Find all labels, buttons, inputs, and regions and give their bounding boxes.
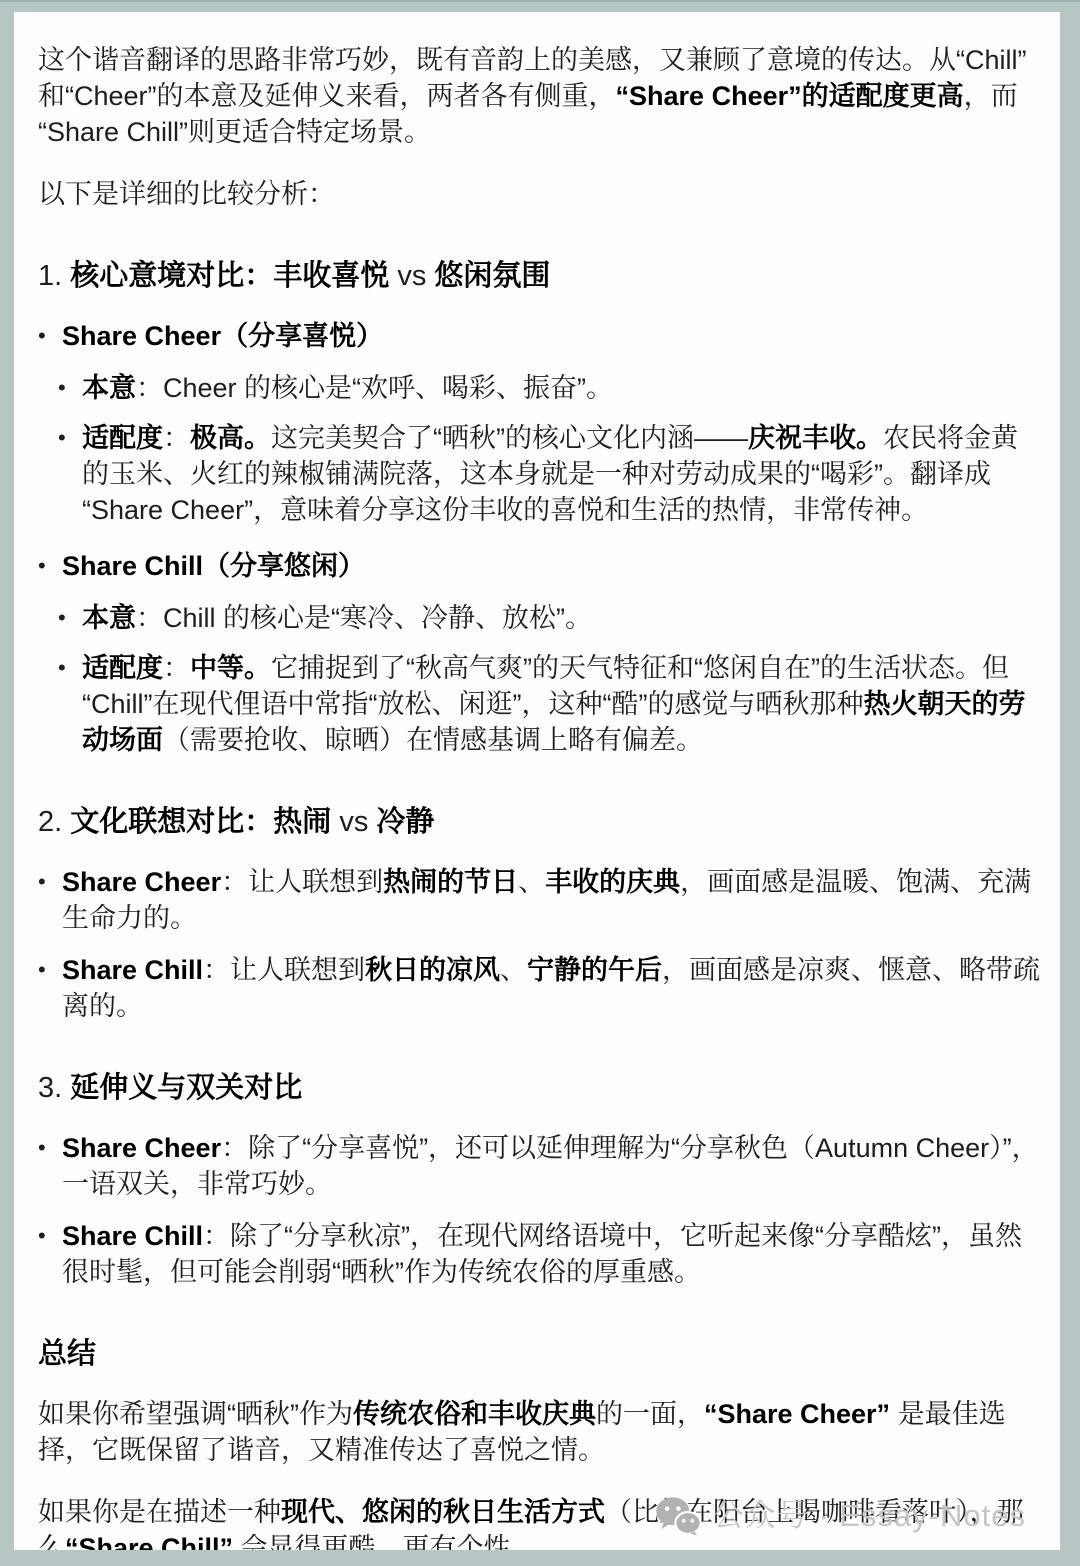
bullet-share-cheer: •Share Cheer（分享喜悦） — [38, 318, 1042, 354]
bold-text: Share Chill — [62, 1221, 203, 1251]
section-2-heading: 2. 文化联想对比：热闹 vs 冷静 — [38, 802, 1042, 842]
bold-text: 宁静的午后 — [527, 955, 662, 985]
text: ： — [163, 653, 190, 683]
bold-text: 悠闲氛围 — [434, 260, 550, 292]
bold-text: 极高。 — [190, 423, 271, 453]
bullet-share-cheer-extension: •Share Cheer：除了“分享喜悦”，还可以延伸理解为“分享秋色（Autu… — [38, 1130, 1042, 1202]
bold-text: “Share Cheer” — [704, 1399, 890, 1429]
section-1-heading: 1. 核心意境对比：丰收喜悦 vs 悠闲氛围 — [38, 256, 1042, 296]
bold-text: 热闹的节日 — [383, 867, 518, 897]
bullet-icon: • — [58, 370, 82, 406]
bold-text: 秋日的凉风 — [365, 955, 500, 985]
bullet-fit-chill: •适配度：中等。它捕捉到了“秋高气爽”的天气特征和“悠闲自在”的生活状态。但“C… — [38, 650, 1042, 758]
text: ：Cheer 的核心是“欢呼、喝彩、振奋”。 — [136, 373, 613, 403]
list-item-text: Share Cheer：除了“分享喜悦”，还可以延伸理解为“分享秋色（Autum… — [62, 1130, 1042, 1202]
list-item-text: Share Chill（分享悠闲） — [62, 548, 1042, 584]
wechat-icon — [655, 1496, 701, 1536]
text: 会显得更酷、更有个性。 — [233, 1533, 538, 1550]
comparison-lead-in: 以下是详细的比较分析： — [38, 176, 1042, 212]
bold-text: 传统农俗和丰收庆典 — [353, 1399, 596, 1429]
text: ：Chill 的核心是“寒冷、冷静、放松”。 — [136, 603, 592, 633]
bold-text: 适配度 — [82, 423, 163, 453]
summary-heading: 总结 — [38, 1334, 1042, 1374]
bold-text: 适配度 — [82, 653, 163, 683]
bold-text: Share Chill（分享悠闲） — [62, 551, 365, 581]
bullet-icon: • — [58, 650, 82, 758]
text: 1. — [38, 260, 70, 292]
bullet-icon: • — [58, 600, 82, 636]
bullet-icon: • — [38, 318, 62, 354]
bold-text: 核心意境对比：丰收喜悦 — [70, 260, 389, 292]
text: ： — [163, 423, 190, 453]
watermark: 公众号 · Essay-Notes — [655, 1496, 1026, 1536]
list-item-text: Share Chill：除了“分享秋凉”，在现代网络语境中，它听起来像“分享酷炫… — [62, 1218, 1042, 1290]
intro-paragraph: 这个谐音翻译的思路非常巧妙，既有音韵上的美感，又兼顾了意境的传达。从“Chill… — [38, 42, 1042, 150]
bullet-share-chill-association: •Share Chill：让人联想到秋日的凉风、宁静的午后，画面感是凉爽、惬意、… — [38, 952, 1042, 1024]
bullet-share-cheer-association: •Share Cheer：让人联想到热闹的节日、丰收的庆典，画面感是温暖、饱满、… — [38, 864, 1042, 936]
list-item-text: 本意：Chill 的核心是“寒冷、冷静、放松”。 — [82, 600, 1042, 636]
text: 、 — [500, 955, 527, 985]
bold-text: 现代、悠闲的秋日生活方式 — [281, 1497, 605, 1527]
list-item-text: 适配度：中等。它捕捉到了“秋高气爽”的天气特征和“悠闲自在”的生活状态。但“Ch… — [82, 650, 1042, 758]
bullet-fit-cheer: •适配度：极高。这完美契合了“晒秋”的核心文化内涵——庆祝丰收。农民将金黄的玉米… — [38, 420, 1042, 528]
document-body: 这个谐音翻译的思路非常巧妙，既有音韵上的美感，又兼顾了意境的传达。从“Chill… — [38, 42, 1042, 1550]
bold-text: 中等。 — [190, 653, 271, 683]
list-item-text: Share Cheer：让人联想到热闹的节日、丰收的庆典，画面感是温暖、饱满、充… — [62, 864, 1042, 936]
text: 的一面， — [596, 1399, 704, 1429]
text: ：让人联想到 — [221, 867, 383, 897]
watermark-label: 公众号 · Essay-Notes — [713, 1496, 1026, 1536]
list-item-text: Share Chill：让人联想到秋日的凉风、宁静的午后，画面感是凉爽、惬意、略… — [62, 952, 1042, 1024]
bullet-icon: • — [38, 864, 62, 936]
list-item-text: 适配度：极高。这完美契合了“晒秋”的核心文化内涵——庆祝丰收。农民将金黄的玉米、… — [82, 420, 1042, 528]
bullet-share-chill: •Share Chill（分享悠闲） — [38, 548, 1042, 584]
bold-text: 本意 — [82, 373, 136, 403]
text: （需要抢收、晾晒）在情感基调上略有偏差。 — [163, 725, 703, 755]
bullet-icon: • — [38, 1218, 62, 1290]
bold-text: 延伸义与双关对比 — [70, 1072, 302, 1104]
bold-text: Share Cheer（分享喜悦） — [62, 321, 383, 351]
section-3-heading: 3. 延伸义与双关对比 — [38, 1068, 1042, 1108]
bullet-icon: • — [58, 420, 82, 528]
bullet-icon: • — [38, 1130, 62, 1202]
bullet-original-meaning-cheer: •本意：Cheer 的核心是“欢呼、喝彩、振奋”。 — [38, 370, 1042, 406]
text: 以下是详细的比较分析： — [38, 179, 335, 209]
text: vs — [389, 260, 434, 292]
bold-text: 庆祝丰收。 — [748, 423, 883, 453]
text: 2. — [38, 806, 70, 838]
bullet-share-chill-extension: •Share Chill：除了“分享秋凉”，在现代网络语境中，它听起来像“分享酷… — [38, 1218, 1042, 1290]
bold-text: Share Cheer — [62, 867, 221, 897]
bold-text: 文化联想对比：热闹 — [70, 806, 331, 838]
text: vs — [331, 806, 376, 838]
text: 这完美契合了“晒秋”的核心文化内涵—— — [271, 423, 748, 453]
bold-text: 本意 — [82, 603, 136, 633]
bold-text: 冷静 — [376, 806, 434, 838]
text: 3. — [38, 1072, 70, 1104]
text: 如果你希望强调“晒秋”作为 — [38, 1399, 353, 1429]
list-item-text: 本意：Cheer 的核心是“欢呼、喝彩、振奋”。 — [82, 370, 1042, 406]
bold-text: 丰收的庆典 — [545, 867, 680, 897]
text: ：除了“分享秋凉”，在现代网络语境中，它听起来像“分享酷炫”，虽然很时髦，但可能… — [62, 1221, 1022, 1287]
text: ：让人联想到 — [203, 955, 365, 985]
page-frame: 这个谐音翻译的思路非常巧妙，既有音韵上的美感，又兼顾了意境的传达。从“Chill… — [0, 0, 1080, 1566]
text: 如果你是在描述一种 — [38, 1497, 281, 1527]
bold-text: Share Cheer — [62, 1133, 221, 1163]
bullet-icon: • — [38, 548, 62, 584]
bold-text: 总结 — [38, 1338, 96, 1370]
bullet-icon: • — [38, 952, 62, 1024]
document-page: 这个谐音翻译的思路非常巧妙，既有音韵上的美感，又兼顾了意境的传达。从“Chill… — [14, 12, 1060, 1550]
bold-text: Share Chill — [62, 955, 203, 985]
bold-text: “Share Cheer”的适配度更高 — [616, 81, 964, 111]
bullet-original-meaning-chill: •本意：Chill 的核心是“寒冷、冷静、放松”。 — [38, 600, 1042, 636]
text: 、 — [518, 867, 545, 897]
bold-text: “Share Chill” — [65, 1533, 233, 1550]
list-item-text: Share Cheer（分享喜悦） — [62, 318, 1042, 354]
summary-paragraph-cheer: 如果你希望强调“晒秋”作为传统农俗和丰收庆典的一面，“Share Cheer” … — [38, 1396, 1042, 1468]
